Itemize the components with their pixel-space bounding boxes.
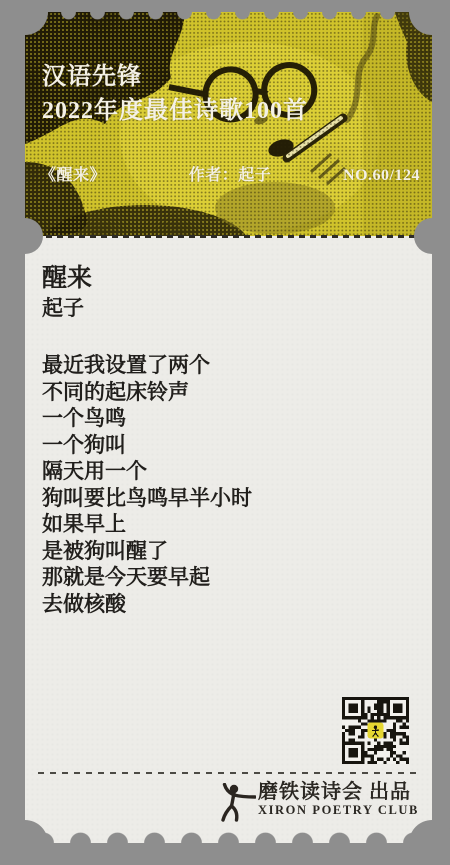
tear-line-separator <box>35 235 422 238</box>
series-title-line1: 汉语先锋 <box>42 60 308 94</box>
publisher-name-en: XIRON POETRY CLUB <box>258 803 419 818</box>
poem-line: 是被狗叫醒了 <box>42 538 418 565</box>
poem-ticket-card: 汉语先锋 2022年度最佳诗歌100首 《醒来》 作者：起子 NO.60/124… <box>25 12 432 843</box>
poem-ref-label: 《醒来》 <box>40 162 159 185</box>
header-meta-row: 《醒来》 作者：起子 NO.60/124 <box>40 162 420 185</box>
serial-number: NO.60/124 <box>301 167 420 185</box>
perforation-top-edge <box>25 12 432 25</box>
author-label: 作者：起子 <box>159 162 302 185</box>
poem-lines: 最近我设置了两个不同的起床铃声一个鸟鸣一个狗叫隔天用一个狗叫要比鸟鸣早半小时如果… <box>42 352 418 617</box>
poem-line: 那就是今天要早起 <box>42 564 418 591</box>
poem-author: 起子 <box>42 294 418 323</box>
poem-line: 不同的起床铃声 <box>42 379 418 406</box>
series-title-line2: 2022年度最佳诗歌100首 <box>42 94 308 128</box>
poem-line: 隔天用一个 <box>42 458 418 485</box>
tear-notch-right <box>414 218 450 254</box>
publisher-logo: 磨铁读诗会 出品 XIRON POETRY CLUB <box>220 781 419 825</box>
poem-line: 最近我设置了两个 <box>42 352 418 379</box>
series-title: 汉语先锋 2022年度最佳诗歌100首 <box>42 60 308 128</box>
dancing-figure-icon <box>220 783 256 825</box>
perforation-bottom-edge <box>25 829 432 843</box>
corner-notch-bottom-right <box>409 820 450 865</box>
poem-line: 一个鸟鸣 <box>42 405 418 432</box>
qr-code <box>342 697 409 764</box>
publisher-text: 磨铁读诗会 出品 XIRON POETRY CLUB <box>258 781 419 818</box>
qr-code-graphic <box>342 697 409 764</box>
poem-line: 如果早上 <box>42 511 418 538</box>
poem-line: 狗叫要比鸟鸣早半小时 <box>42 485 418 512</box>
poem-body: 醒来 起子 最近我设置了两个不同的起床铃声一个鸟鸣一个狗叫隔天用一个狗叫要比鸟鸣… <box>42 263 418 617</box>
footer-separator <box>38 772 419 774</box>
poem-line: 一个狗叫 <box>42 432 418 459</box>
corner-notch-bottom-left <box>2 820 48 865</box>
poem-card-canvas: 汉语先锋 2022年度最佳诗歌100首 《醒来》 作者：起子 NO.60/124… <box>0 0 450 865</box>
poem-title: 醒来 <box>42 263 418 294</box>
stamp-header: 汉语先锋 2022年度最佳诗歌100首 《醒来》 作者：起子 NO.60/124 <box>25 12 432 236</box>
tear-notch-left <box>7 218 43 254</box>
poem-line: 去做核酸 <box>42 591 418 618</box>
publisher-name-cn: 磨铁读诗会 出品 <box>258 781 419 803</box>
